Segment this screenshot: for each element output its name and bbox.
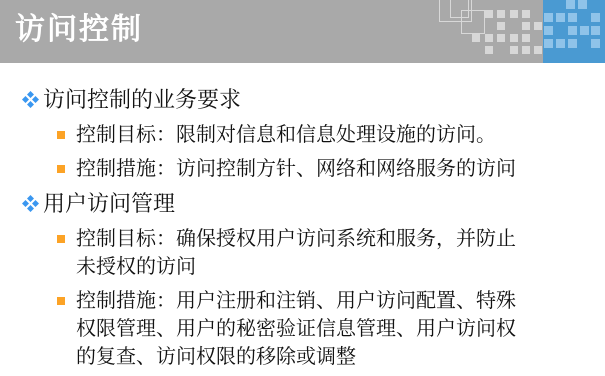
mosaic-cell	[522, 46, 530, 54]
bullet-item-level2: 控制目标：限制对信息和信息处理设施的访问。	[22, 121, 587, 149]
mosaic-cell	[544, 13, 553, 22]
bullet-text: 控制措施：访问控制方针、网络和网络服务的访问	[76, 155, 516, 183]
bullet-item-level2: 控制措施：用户注册和注销、用户访问配置、特殊 权限管理、用户的秘密验证信息管理、…	[22, 287, 587, 371]
mosaic-cell	[568, 13, 577, 22]
diamond-cluster-bullet-icon	[22, 195, 39, 212]
mosaic-cell	[568, 26, 577, 35]
mosaic-cell	[580, 26, 589, 35]
bullet-text: 访问控制的业务要求	[43, 85, 241, 115]
mosaic-cell	[534, 46, 542, 54]
mosaic-cell	[485, 46, 493, 54]
mosaic-cell	[578, 0, 587, 9]
mosaic-cell	[568, 39, 577, 48]
diamond-cluster-bullet-icon	[22, 91, 39, 108]
mosaic-cell	[591, 26, 600, 35]
bullet-item-level2: 控制目标：确保授权用户访问系统和服务，并防止 未授权的访问	[22, 225, 587, 281]
slide-body: 访问控制的业务要求 控制目标：限制对信息和信息处理设施的访问。 控制措施：访问控…	[0, 63, 605, 376]
mosaic-cell	[534, 22, 542, 30]
mosaic-cell	[472, 34, 480, 42]
presentation-slide: 访问控制 访问控制的业务要求 控制目标：限制对信息和信息处理设施的访问。	[0, 0, 605, 376]
mosaic-cell	[497, 34, 505, 42]
mosaic-cell	[591, 13, 600, 22]
mosaic-cell	[591, 39, 600, 48]
mosaic-cell	[510, 34, 518, 42]
slide-header: 访问控制	[0, 0, 605, 63]
mosaic-cell	[544, 26, 553, 35]
mosaic-cell	[510, 46, 518, 54]
mosaic-cell	[510, 10, 518, 18]
bullet-item-level1: 用户访问管理	[22, 189, 587, 219]
mosaic-cell	[485, 10, 493, 18]
bullet-text: 控制目标：确保授权用户访问系统和服务，并防止 未授权的访问	[76, 225, 516, 281]
outline-square-decoration	[450, 0, 469, 18]
mosaic-cell	[566, 0, 575, 9]
square-bullet-icon	[57, 131, 65, 139]
bullet-item-level1: 访问控制的业务要求	[22, 85, 587, 115]
mosaic-cell	[522, 10, 530, 18]
mosaic-cell	[556, 13, 565, 22]
bullet-text: 控制措施：用户注册和注销、用户访问配置、特殊 权限管理、用户的秘密验证信息管理、…	[76, 287, 516, 371]
outline-square-decoration	[439, 0, 472, 22]
outline-square-decoration	[461, 10, 485, 34]
bullet-item-level2: 控制措施：访问控制方针、网络和网络服务的访问	[22, 155, 587, 183]
mosaic-cell	[497, 10, 505, 18]
square-bullet-icon	[57, 297, 65, 305]
slide-title: 访问控制	[15, 0, 143, 60]
mosaic-cell	[497, 22, 505, 30]
bullet-text: 控制目标：限制对信息和信息处理设施的访问。	[76, 121, 496, 149]
blue-accent-block	[543, 0, 605, 63]
mosaic-cell	[485, 34, 493, 42]
mosaic-cell	[544, 39, 553, 48]
mosaic-cell	[522, 22, 530, 30]
mosaic-cell	[522, 34, 530, 42]
bullet-text: 用户访问管理	[43, 189, 175, 219]
square-bullet-icon	[57, 235, 65, 243]
square-bullet-icon	[57, 165, 65, 173]
mosaic-cell	[556, 39, 565, 48]
